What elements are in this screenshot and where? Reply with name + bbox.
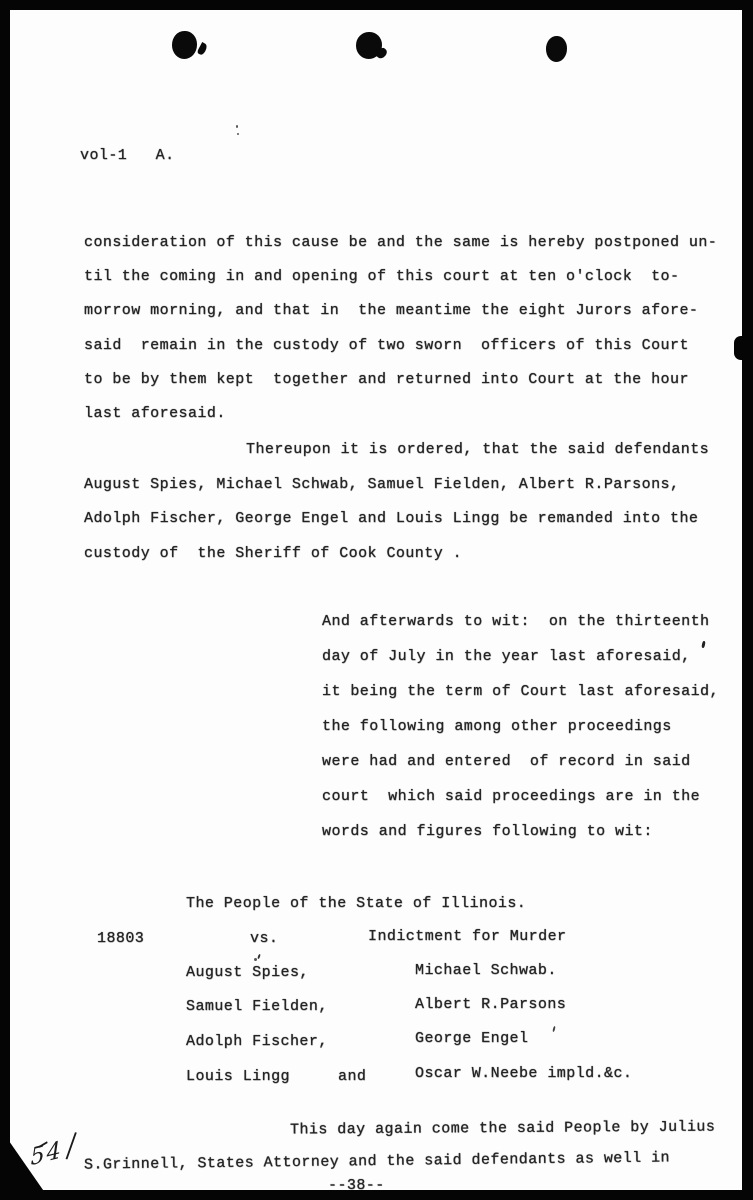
- typed-line: Thereupon it is ordered, that the said d…: [246, 441, 709, 459]
- defendant-name: Oscar W.Neebe impld.&c.: [415, 1065, 632, 1083]
- typed-line: This day again come the said People by J…: [290, 1119, 715, 1140]
- paper-sheet: [10, 10, 743, 1191]
- volume-label: vol-1 A.: [80, 147, 175, 165]
- charge-label: Indictment for Murder: [368, 928, 566, 946]
- typed-line: it being the term of Court last aforesai…: [322, 683, 719, 701]
- stray-mark: [237, 133, 239, 135]
- stray-mark: [236, 125, 238, 128]
- scan-edge-right: [742, 0, 753, 1200]
- scanned-court-record-page: vol-1 A. consideration of this cause be …: [0, 0, 753, 1200]
- typed-line: to be by them kept together and returned…: [84, 371, 689, 389]
- typed-line: til the coming in and opening of this co…: [84, 268, 679, 286]
- scan-edge-bottom: [0, 1190, 753, 1200]
- ink-blot-icon: [546, 36, 567, 62]
- defendant-name: Samuel Fielden,: [186, 998, 328, 1016]
- typed-line: consideration of this cause be and the s…: [84, 234, 717, 252]
- typed-line: court which said proceedings are in the: [322, 788, 700, 806]
- typed-line: And afterwards to wit: on the thirteenth: [322, 613, 710, 631]
- typed-line: were had and entered of record in said: [322, 753, 691, 771]
- typed-line: August Spies, Michael Schwab, Samuel Fie…: [84, 476, 679, 494]
- defendant-name: Albert R.Parsons: [415, 996, 566, 1014]
- scan-edge-top: [0, 0, 753, 10]
- defendant-name: Adolph Fischer,: [186, 1033, 328, 1051]
- scan-edge-bump: [734, 336, 748, 360]
- versus-label: vs.: [250, 930, 278, 948]
- defendant-name: Louis Lingg: [186, 1068, 290, 1086]
- typed-line: the following among other proceedings: [322, 718, 672, 736]
- case-number: 18803: [97, 930, 144, 948]
- typed-line: last aforesaid.: [84, 405, 226, 423]
- scan-edge-left: [0, 0, 10, 1200]
- defendant-name: August Spies,: [186, 964, 309, 982]
- typed-line: said remain in the custody of two sworn …: [84, 337, 689, 355]
- typed-line: day of July in the year last aforesaid,: [322, 648, 691, 666]
- typed-line: Adolph Fischer, George Engel and Louis L…: [84, 510, 698, 528]
- caption-title: The People of the State of Illinois.: [186, 895, 526, 913]
- ink-blot-icon: [172, 31, 197, 59]
- typed-line: morrow morning, and that in the meantime…: [84, 302, 698, 320]
- typed-line: custody of the Sheriff of Cook County .: [84, 545, 462, 563]
- defendant-name: Michael Schwab.: [415, 962, 557, 980]
- conjunction-label: and: [338, 1068, 366, 1086]
- defendant-name: George Engel: [415, 1030, 528, 1048]
- typed-line: words and figures following to wit:: [322, 823, 653, 841]
